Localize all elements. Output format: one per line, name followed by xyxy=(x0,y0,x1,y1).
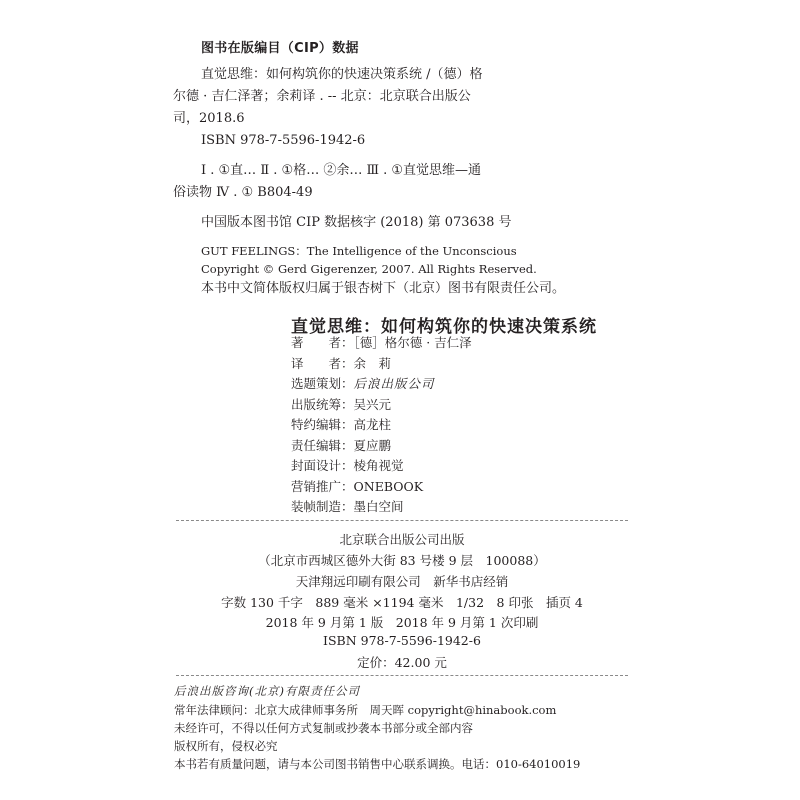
credit-value: ONEBOOK xyxy=(354,479,424,494)
footer-warning: 未经许可，不得以任何方式复制或抄袭本书部分或全部内容 xyxy=(174,720,473,736)
credit-special-editor: 特约编辑：高龙柱 xyxy=(291,415,391,433)
credit-label: 著 者： xyxy=(291,335,354,350)
cip-heading: 图书在版编目（CIP）数据 xyxy=(201,37,359,56)
credit-label: 译 者： xyxy=(291,356,354,371)
footer-reserved: 版权所有，侵权必究 xyxy=(174,738,278,754)
credit-label: 特约编辑： xyxy=(291,417,354,432)
publisher-line: 北京联合出版公司出版 xyxy=(176,530,628,548)
credit-binding: 装帧制造：墨白空间 xyxy=(291,497,404,515)
cip-number: 中国版本图书馆 CIP 数据核字 (2018) 第 073638 号 xyxy=(201,212,511,234)
dashed-divider-bottom xyxy=(176,675,628,676)
cip-subject-line-1: Ⅰ . ①直… Ⅱ . ①格… ②余… Ⅲ . ①直觉思维—通 xyxy=(201,160,481,182)
footer-legal: 常年法律顾问：北京大成律师事务所 周天晖 copyright@hinabook.… xyxy=(174,702,556,718)
credit-cover-design: 封面设计：棱角视觉 xyxy=(291,456,404,474)
credit-coordinator: 出版统筹：吴兴元 xyxy=(291,395,391,413)
credit-label: 装帧制造： xyxy=(291,499,354,514)
printer-distributor: 天津翔远印刷有限公司 新华书店经销 xyxy=(176,572,628,590)
credit-value: 墨白空间 xyxy=(354,499,404,514)
credit-value: 后浪出版公司 xyxy=(354,376,435,391)
cip-record-line-3: 司，2018.6 xyxy=(173,108,245,130)
edition-info: 2018 年 9 月第 1 版 2018 年 9 月第 1 次印刷 xyxy=(176,613,628,631)
credit-label: 出版统筹： xyxy=(291,397,354,412)
cip-subject-line-2: 俗读物 Ⅳ . ① B804-49 xyxy=(173,182,313,204)
credit-label: 封面设计： xyxy=(291,458,354,473)
credit-author: 著 者：［德］格尔德 · 吉仁泽 xyxy=(291,333,472,351)
credit-responsible-editor: 责任编辑：夏应鹏 xyxy=(291,436,391,454)
dashed-divider-top xyxy=(176,520,628,521)
credit-translator: 译 者：余 莉 xyxy=(291,354,391,372)
credit-value: 棱角视觉 xyxy=(354,458,404,473)
publisher-address: （北京市西城区德外大街 83 号楼 9 层 100088） xyxy=(176,551,628,569)
credit-value: 吴兴元 xyxy=(354,397,392,412)
publication-isbn: ISBN 978-7-5596-1942-6 xyxy=(176,633,628,648)
credit-label: 选题策划： xyxy=(291,376,354,391)
rights-notice: 本书中文简体版权归属于银杏树下（北京）图书有限责任公司。 xyxy=(201,278,565,300)
credit-label: 责任编辑： xyxy=(291,438,354,453)
copyright-line: Copyright © Gerd Gigerenzer, 2007. All R… xyxy=(201,258,537,280)
credit-marketing: 营销推广：ONEBOOK xyxy=(291,477,423,495)
credit-value: 余 莉 xyxy=(354,356,392,371)
footer-company: 后浪出版咨询(北京)有限责任公司 xyxy=(174,683,360,699)
cip-isbn: ISBN 978-7-5596-1942-6 xyxy=(201,130,365,152)
cip-record-line-2: 尔德 · 吉仁泽著；余莉译 . -- 北京：北京联合出版公 xyxy=(173,86,471,108)
credit-label: 营销推广： xyxy=(291,479,354,494)
credit-value: 夏应鹏 xyxy=(354,438,392,453)
credit-planning: 选题策划：后浪出版公司 xyxy=(291,374,435,392)
book-specs: 字数 130 千字 889 毫米 ×1194 毫米 1/32 8 印张 插页 4 xyxy=(176,593,628,611)
cip-record-line-1: 直觉思维：如何构筑你的快速决策系统 /（德）格 xyxy=(201,64,483,86)
price: 定价：42.00 元 xyxy=(176,653,628,671)
credit-value: 高龙柱 xyxy=(354,417,392,432)
credit-value: ［德］格尔德 · 吉仁泽 xyxy=(354,335,472,350)
footer-quality: 本书若有质量问题，请与本公司图书销售中心联系调换。电话：010-64010019 xyxy=(174,756,580,772)
